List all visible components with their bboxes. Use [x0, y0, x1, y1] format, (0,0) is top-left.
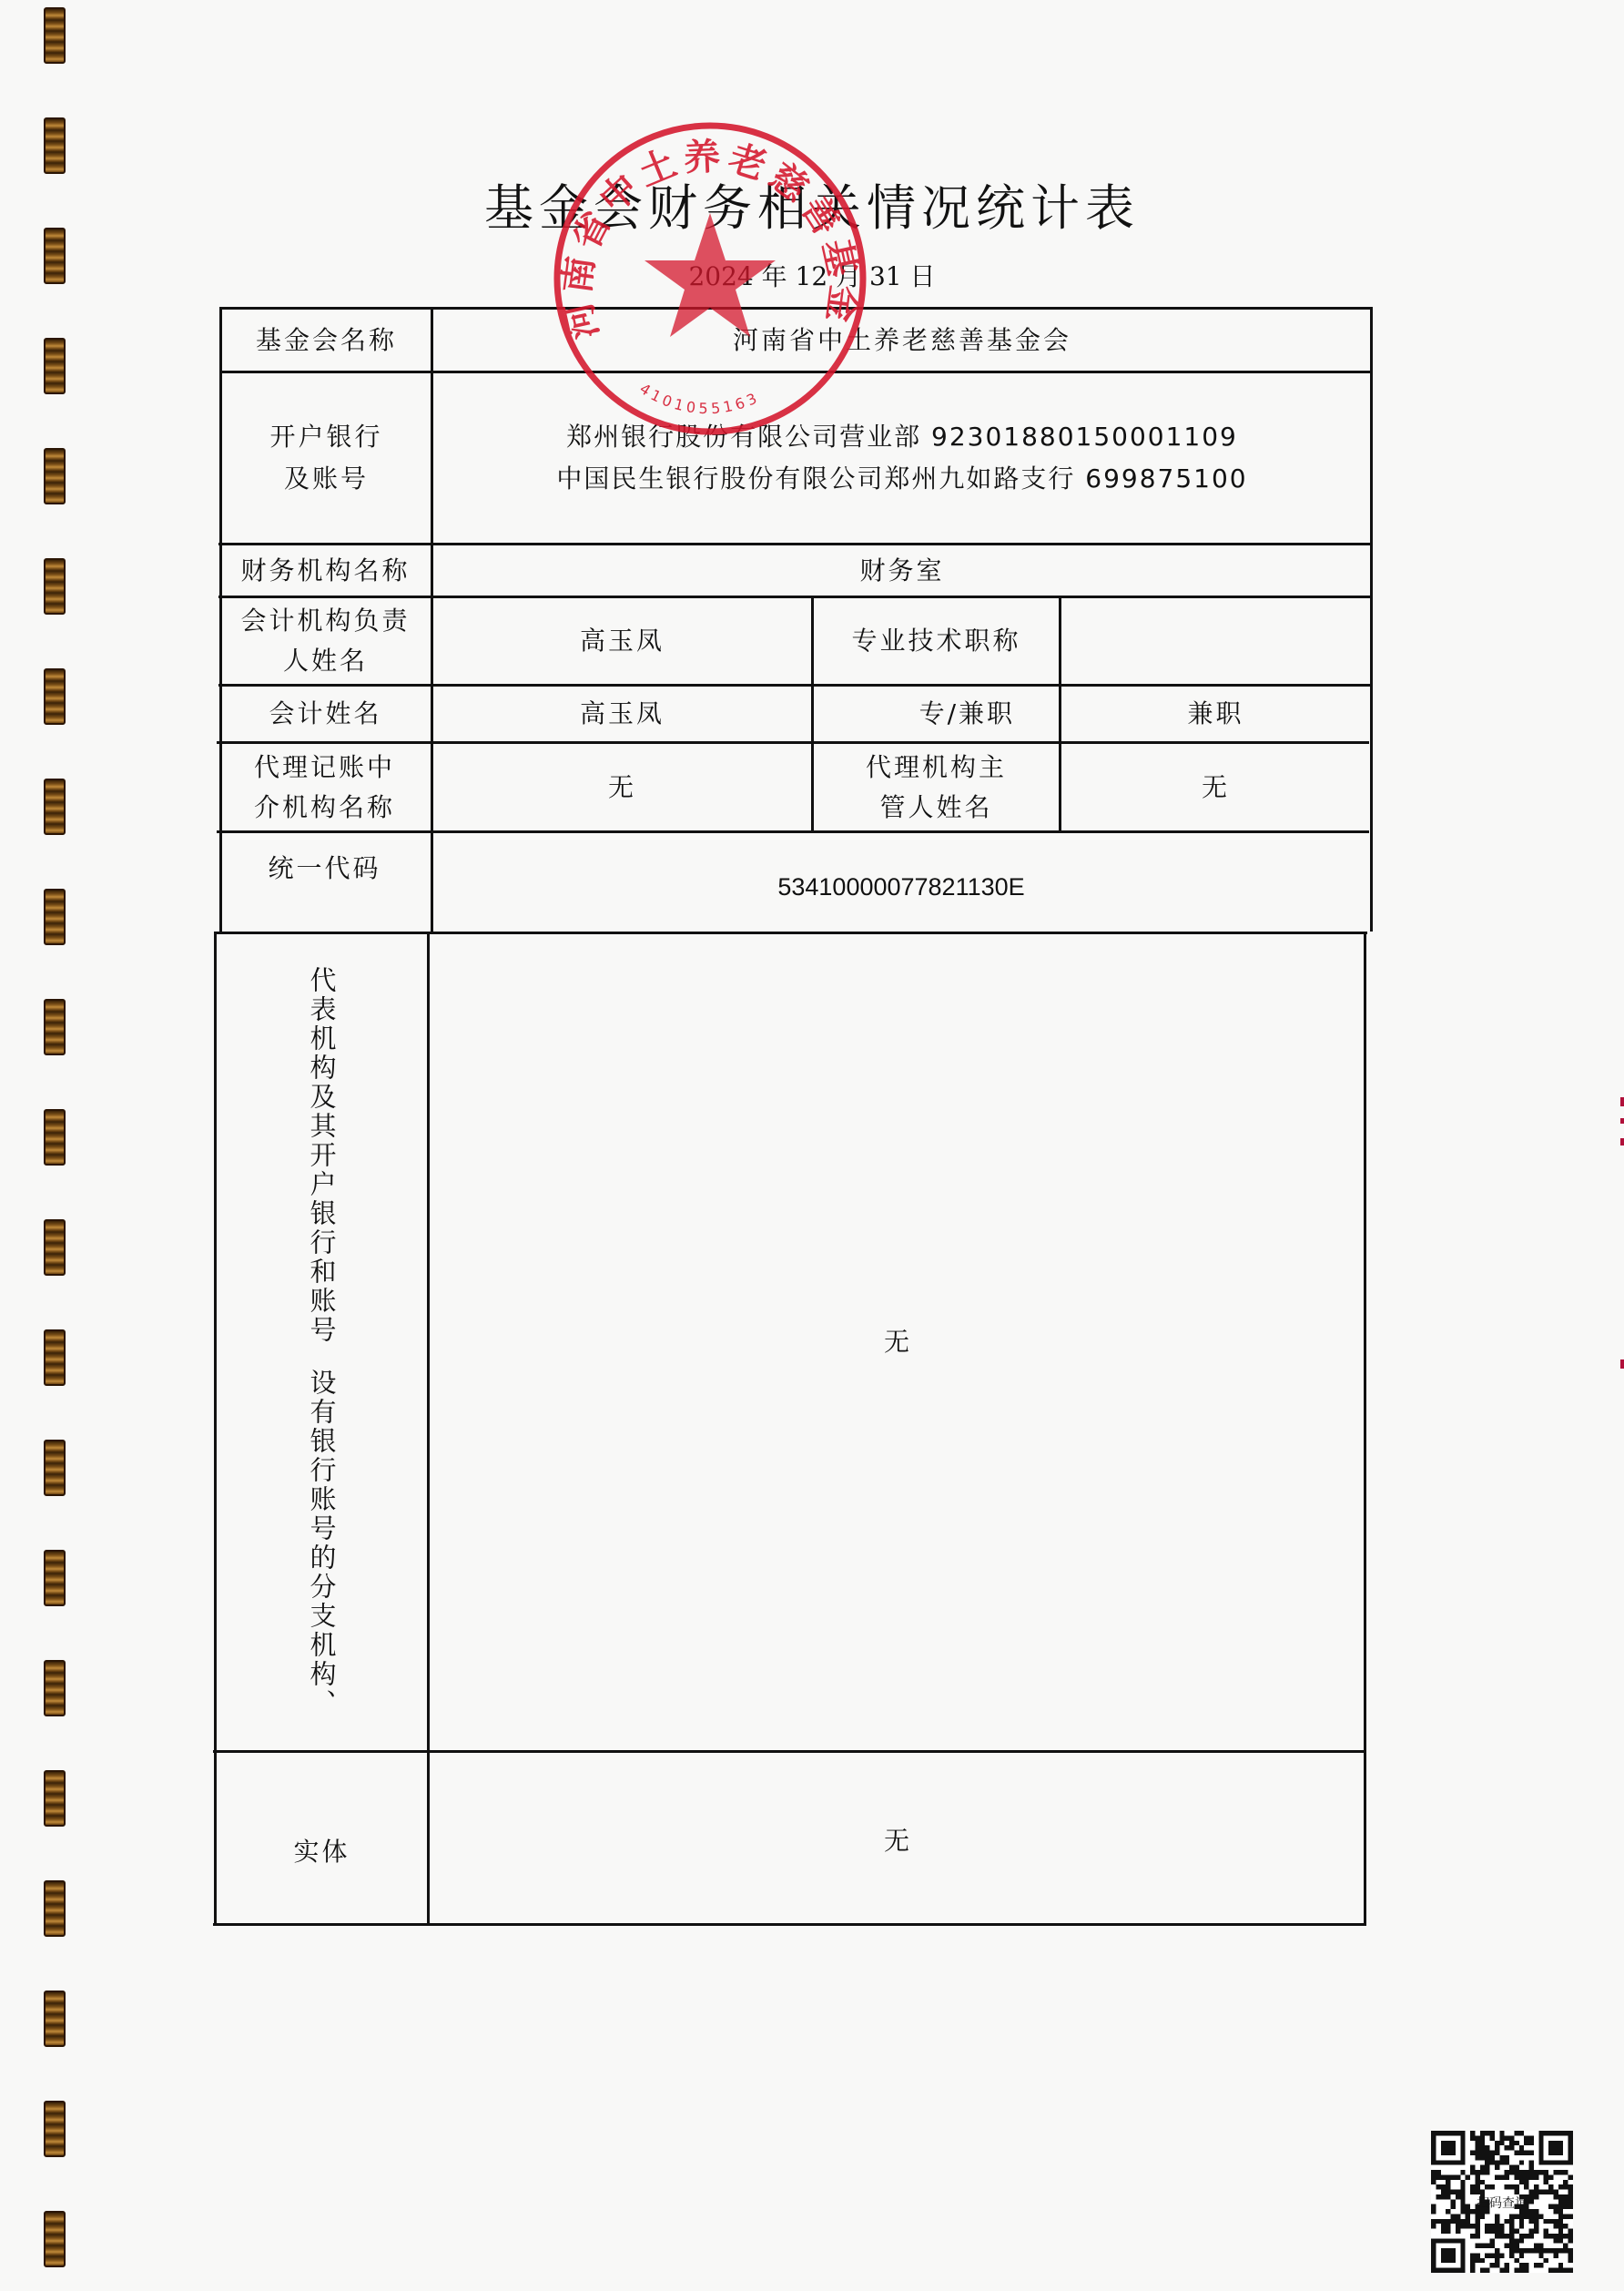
binding-hole [44, 2101, 66, 2157]
binding-hole [44, 889, 66, 945]
seal-edge-mark [1620, 1118, 1624, 1124]
seal-code-text: 4101055163 [636, 380, 762, 417]
qr-code[interactable]: 扫码查询 [1431, 2131, 1573, 2273]
employment-type-value: 兼职 [1061, 687, 1370, 741]
binding-hole [44, 1880, 66, 1937]
binding-hole [44, 1770, 66, 1827]
agency-label-line2: 介机构名称 [254, 788, 395, 828]
accounting-head-value: 高玉凤 [433, 598, 811, 684]
binding-hole [44, 999, 66, 1055]
official-seal-stamp: 河南省中土养老慈善基金会 4101055163 [544, 117, 872, 444]
foundation-name-label: 基金会名称 [222, 310, 431, 371]
agency-value: 无 [433, 744, 811, 830]
binding-hole [44, 1550, 66, 1606]
bank-accounts-label-line1: 开户银行 [269, 416, 382, 458]
binding-hole [44, 1660, 66, 1716]
agency-manager-label-line2: 管人姓名 [879, 788, 992, 828]
binding-hole [44, 1219, 66, 1276]
binding-hole [44, 117, 66, 174]
binding-hole [44, 1991, 66, 2047]
agency-manager-label-line1: 代理机构主 [866, 748, 1007, 788]
qr-center-text: 扫码查询 [1477, 2195, 1528, 2211]
binding-hole [44, 448, 66, 504]
agency-manager-value: 无 [1061, 744, 1370, 830]
accounting-head-label: 会计机构负责 人姓名 [220, 598, 431, 684]
professional-title-label: 专业技术职称 [814, 598, 1059, 684]
accounting-head-label-line2: 人姓名 [283, 641, 368, 681]
bank-accounts-label-line2: 及账号 [284, 458, 369, 500]
entity-value: 无 [430, 1753, 1364, 1862]
branches-value: 无 [430, 934, 1364, 1750]
binding-hole [44, 1109, 66, 1166]
agency-label-line1: 代理记账中 [254, 748, 395, 788]
accounting-head-label-line1: 会计机构负责 [240, 601, 410, 641]
entity-label: 实体 [217, 1753, 427, 1923]
binding-hole [44, 779, 66, 835]
binding-hole [44, 1329, 66, 1386]
branches-label: 设有银行账号的分支机构、 代表机构及其开户银行和账号 [217, 934, 427, 1750]
employment-type-label: 专/兼职 [814, 687, 1059, 741]
branches-label-col1: 设有银行账号的分支机构、 [294, 1345, 350, 1718]
table-border-right [1364, 932, 1366, 1926]
seal-edge-mark [1620, 1097, 1624, 1106]
table-border-bottom [213, 1923, 1364, 1926]
binding-hole [44, 668, 66, 725]
seal-edge-mark [1620, 1138, 1624, 1145]
binding-hole [44, 1440, 66, 1496]
agency-label: 代理记账中 介机构名称 [218, 744, 431, 830]
accountant-label: 会计姓名 [220, 687, 431, 741]
agency-manager-label: 代理机构主 管人姓名 [814, 744, 1059, 830]
finance-org-label: 财务机构名称 [220, 545, 431, 596]
professional-title-value [1061, 598, 1370, 684]
unified-code-label: 统一代码 [218, 833, 431, 904]
binding-hole [44, 7, 66, 64]
unified-code-value: 53410000077821130E [433, 851, 1369, 922]
binding-hole [44, 558, 66, 615]
finance-org-value: 财务室 [433, 545, 1371, 596]
seal-edge-mark [1620, 1359, 1624, 1369]
binding-hole [44, 2211, 66, 2267]
star-icon [645, 213, 776, 337]
accountant-value: 高玉凤 [433, 687, 811, 741]
branches-label-text: 设有银行账号的分支机构、 代表机构及其开户银行和账号 [294, 966, 350, 1718]
bank-accounts-label: 开户银行 及账号 [222, 373, 431, 543]
bank-account-line: 中国民生银行股份有限公司郑州九如路支行 699875100 [556, 458, 1247, 500]
binding-hole [44, 338, 66, 394]
branches-label-col2: 代表机构及其开户银行和账号 [294, 966, 350, 1345]
